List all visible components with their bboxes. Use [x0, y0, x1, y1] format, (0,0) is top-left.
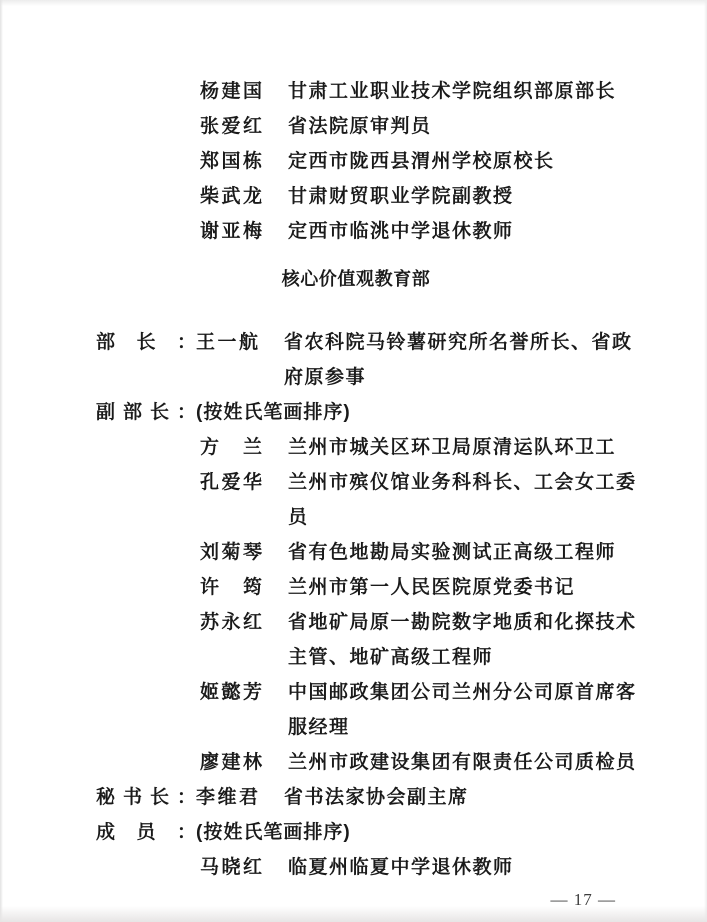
- role-label: 秘书长：: [96, 780, 196, 815]
- member-row: 许筠 兰州市第一人民医院原党委书记: [96, 570, 707, 605]
- document-page: 杨建国 甘肃工业职业技术学院组织部原部长 张爱红 省法院原审判员 郑国栋 定西市…: [0, 0, 707, 922]
- member-row: 姬懿芳 中国邮政集团公司兰州分公司原首席客 服经理: [96, 675, 707, 745]
- member-desc: 甘肃工业职业技术学院组织部原部长: [288, 74, 616, 109]
- member-desc: 省有色地勘局实验测试正高级工程师: [288, 535, 616, 570]
- member-desc: 省法院原审判员: [288, 109, 432, 144]
- page-number: — 17 —: [96, 889, 616, 911]
- member-name: 廖建林: [200, 745, 262, 780]
- role-row-head: 部长： 王一航 省农科院马铃薯研究所名誉所长、省政 府原参事: [96, 325, 707, 395]
- member-row: 马晓红 临夏州临夏中学退休教师: [96, 850, 707, 885]
- member-row: 张爱红 省法院原审判员: [96, 109, 707, 144]
- member-name: 孔爱华: [200, 465, 262, 500]
- member-row: 孔爱华 兰州市殡仪馆业务科科长、工会女工委员: [96, 465, 707, 535]
- member-row: 柴武龙 甘肃财贸职业学院副教授: [96, 179, 707, 214]
- member-row: 谢亚梅 定西市临洮中学退休教师: [96, 214, 707, 249]
- role-label: 副部长：: [96, 395, 196, 430]
- role-label: 成员：: [96, 815, 196, 850]
- member-name: 郑国栋: [200, 144, 262, 179]
- member-name: 杨建国: [200, 74, 262, 109]
- member-row: 苏永红 省地矿局原一勘院数字地质和化探技术 主管、地矿高级工程师: [96, 605, 707, 675]
- member-name: 张爱红: [200, 109, 262, 144]
- role-row-members: 成员： (按姓氏笔画排序): [96, 815, 707, 850]
- member-row: 方兰 兰州市城关区环卫局原清运队环卫工: [96, 430, 707, 465]
- member-name: 马晓红: [200, 850, 262, 885]
- member-desc: 兰州市政建设集团有限责任公司质检员: [288, 745, 637, 780]
- member-row: 刘菊琴 省有色地勘局实验测试正高级工程师: [96, 535, 707, 570]
- member-name: 许筠: [200, 570, 262, 605]
- member-desc: 兰州市城关区环卫局原清运队环卫工: [288, 430, 616, 465]
- member-desc: 定西市陇西县渭州学校原校长: [288, 144, 555, 179]
- member-desc: 省农科院马铃薯研究所名誉所长、省政 府原参事: [284, 325, 633, 395]
- role-row-secretary: 秘书长： 李维君 省书法家协会副主席: [96, 780, 707, 815]
- member-name: 苏永红: [200, 605, 262, 640]
- member-desc: 省地矿局原一勘院数字地质和化探技术 主管、地矿高级工程师: [288, 605, 637, 675]
- member-desc: 临夏州临夏中学退休教师: [288, 850, 514, 885]
- sort-order-note: (按姓氏笔画排序): [196, 815, 351, 850]
- member-name: 刘菊琴: [200, 535, 262, 570]
- member-name: 谢亚梅: [200, 214, 262, 249]
- member-name: 姬懿芳: [200, 675, 262, 710]
- member-desc: 兰州市殡仪馆业务科科长、工会女工委员: [288, 465, 656, 535]
- member-desc: 甘肃财贸职业学院副教授: [288, 179, 514, 214]
- member-desc: 兰州市第一人民医院原党委书记: [288, 570, 575, 605]
- member-desc: 省书法家协会副主席: [284, 780, 469, 815]
- member-name: 柴武龙: [200, 179, 262, 214]
- member-name: 王一航: [196, 325, 258, 360]
- member-row: 廖建林 兰州市政建设集团有限责任公司质检员: [96, 745, 707, 780]
- member-desc: 定西市临洮中学退休教师: [288, 214, 514, 249]
- member-row: 杨建国 甘肃工业职业技术学院组织部原部长: [96, 74, 707, 109]
- member-name: 方兰: [200, 430, 262, 465]
- member-name: 李维君: [196, 780, 258, 815]
- section-title: 核心价值观教育部: [96, 262, 616, 297]
- role-label: 部长：: [96, 325, 196, 360]
- member-row: 郑国栋 定西市陇西县渭州学校原校长: [96, 144, 707, 179]
- sort-order-note: (按姓氏笔画排序): [196, 395, 351, 430]
- page-content: 杨建国 甘肃工业职业技术学院组织部原部长 张爱红 省法院原审判员 郑国栋 定西市…: [0, 0, 707, 911]
- member-desc: 中国邮政集团公司兰州分公司原首席客 服经理: [288, 675, 637, 745]
- role-row-deputy: 副部长： (按姓氏笔画排序): [96, 395, 707, 430]
